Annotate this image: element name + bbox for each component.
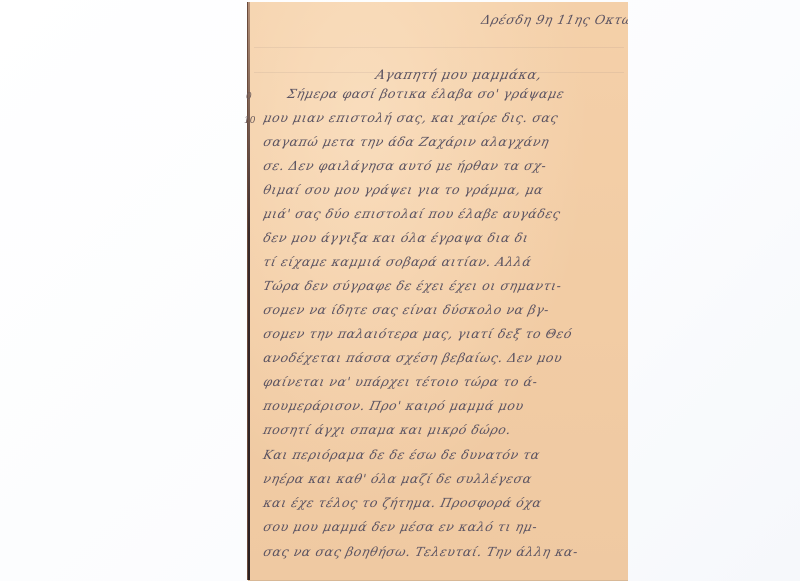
- margin-mark: 0: [246, 92, 252, 102]
- ruled-line: [254, 47, 624, 48]
- letter-line: ανοδέχεται πάσσα σχέση βεβαίως. Δεν μου: [262, 350, 564, 365]
- letter-line: και έχε τέλος το ζήτημα. Προσφορά όχα: [262, 495, 543, 510]
- letter-line: δεν μου άγγιξα και όλα έγραψα δια δι: [262, 230, 530, 245]
- letter-line: σαγαπώ μετα την άδα Ζαχάριν αλαγχάνη: [262, 134, 551, 149]
- letter-line: τί είχαμε καμμιά σοβαρά αιτίαν. Αλλά: [262, 254, 533, 269]
- letter-line: Και περιόραμα δε δε έσω δε δυνατόν τα: [262, 447, 542, 462]
- letter-line: νηέρα και καθ' όλα μαζί δε συλλέγεσα: [262, 471, 534, 486]
- letter-line: Τώρα δεν σύγραφε δε έχει έχει οι σημαντι…: [262, 278, 563, 293]
- letter-line: θιμαί σου μου γράψει για το γράμμα, μα: [262, 182, 545, 197]
- margin-mark: 10: [244, 116, 255, 126]
- letter-line: σομεν να ίδητε σας είναι δύσκολο να βγ-: [262, 302, 551, 317]
- letter-line: σου μου μαμμά δεν μέσα εν καλό τι ημ-: [262, 519, 539, 534]
- letter-line: φαίνεται να' υπάρχει τέτοιο τώρα το ά-: [262, 374, 539, 389]
- letter-line: σε. Δεν φαιλάγησα αυτό με ήρθαν τα σχ-: [262, 158, 548, 173]
- letter-line: σας να σας βοηθήσω. Τελευταί. Την άλλη κ…: [262, 544, 580, 559]
- letter-line: Σήμερα φασί βοτικα έλαβα σο' γράψαμε: [286, 86, 566, 101]
- letter-line: πουμεράρισον. Προ' καιρό μαμμά μου: [262, 398, 525, 413]
- letter-line: ποσητί άγχι σπαμα και μικρό δώρο.: [262, 422, 513, 437]
- letter-page: Δρέσδη 9η 11ης Οκτωβρίου Αγαπητή μου μαμ…: [248, 2, 628, 580]
- letter-line: μου μιαν επιστολή σας, και χαίρε δις. σα…: [262, 110, 560, 125]
- letter-salutation: Αγαπητή μου μαμμάκα,: [374, 68, 543, 83]
- letter-line: μιά' σας δύο επιστολαί που έλαβε αυγάδες: [262, 206, 562, 221]
- letter-date: Δρέσδη 9η 11ης Οκτωβρίου: [480, 12, 628, 27]
- letter-line: σομεν την παλαιότερα μας, γιατί δεξ το Θ…: [262, 326, 574, 341]
